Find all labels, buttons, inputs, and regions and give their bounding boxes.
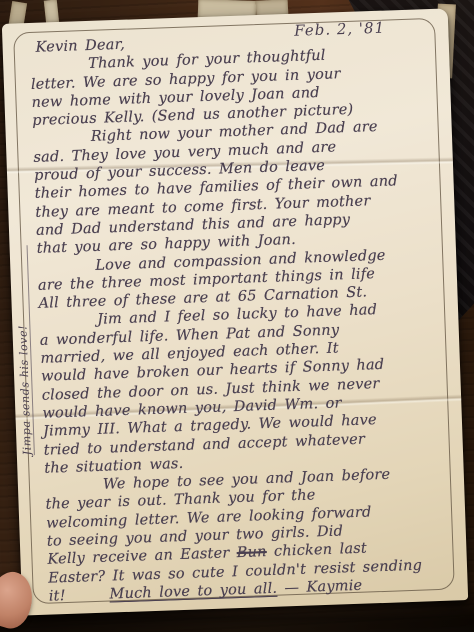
crossed-out-word: Bun	[237, 544, 267, 561]
closing-lead: it!	[49, 586, 110, 604]
letter-paper: Jimpa sends his love! Feb. 2, '81 Kevin …	[2, 8, 468, 615]
photo-of-letter: Jimpa sends his love! Feb. 2, '81 Kevin …	[0, 0, 474, 632]
signature: — Kaymie	[277, 578, 363, 597]
letter-body: Kevin Dear, Thank you for your thoughtfu…	[2, 8, 468, 615]
tape-piece	[44, 0, 59, 25]
easter-line-post: chicken last	[266, 541, 367, 560]
closing-underlined: Much love to you all.	[109, 581, 277, 603]
